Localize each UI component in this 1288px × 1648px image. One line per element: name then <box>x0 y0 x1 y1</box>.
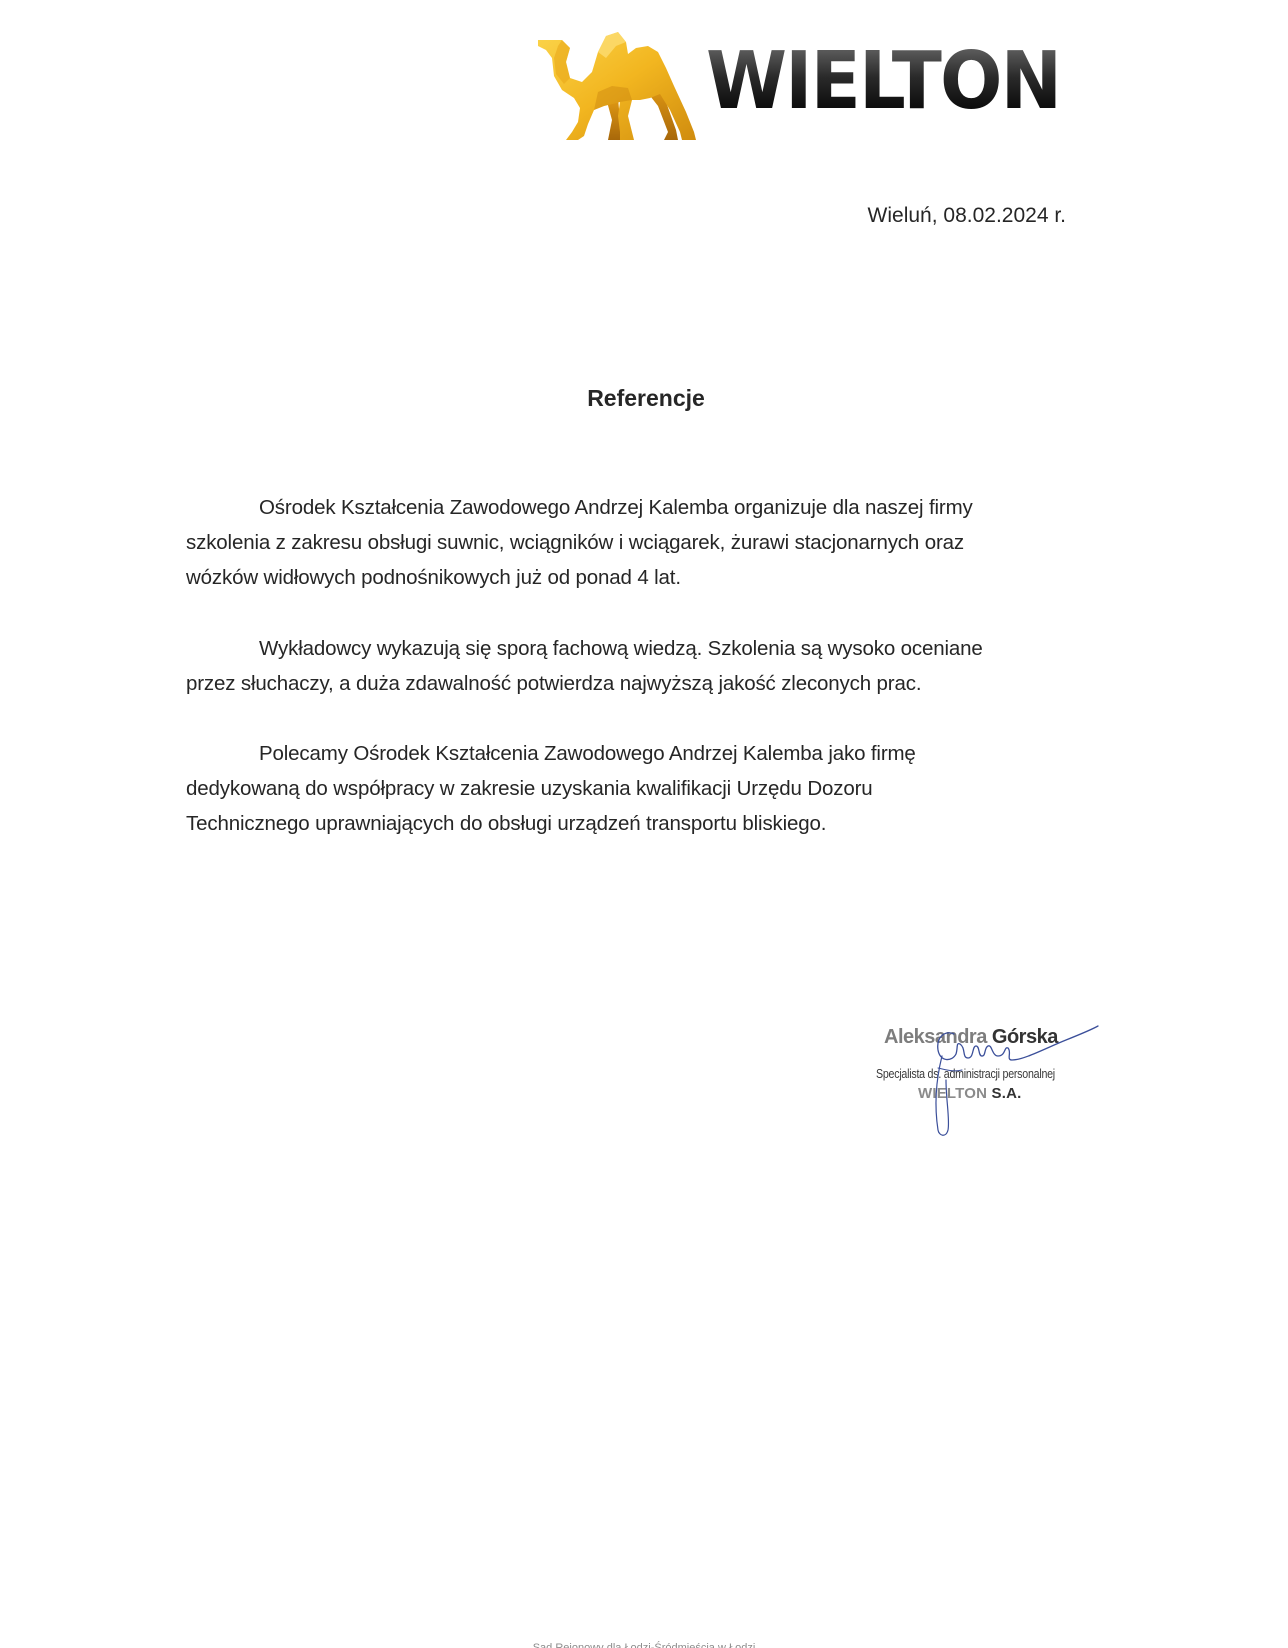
text-line: dedykowaną do współpracy w zakresie uzys… <box>186 771 1086 806</box>
text-line: Polecamy Ośrodek Kształcenia Zawodowego … <box>186 736 1086 771</box>
text-line: przez słuchaczy, a duża zdawalność potwi… <box>186 666 1086 701</box>
footer-text: Sąd Rejonowy dla Łodzi-Śródmieścia w Łod… <box>0 1641 1288 1648</box>
signatory-role: Specjalista ds. administracji personalne… <box>876 1066 1055 1081</box>
signature-stamp: Aleksandra Górska Specjalista ds. admini… <box>876 1020 1106 1145</box>
text-line: Technicznego uprawniających do obsługi u… <box>186 806 1086 841</box>
text-line: wózków widłowych podnośnikowych już od p… <box>186 560 1086 595</box>
place-date: Wieluń, 08.02.2024 r. <box>868 203 1066 229</box>
paragraph-1: Ośrodek Kształcenia Zawodowego Andrzej K… <box>186 490 1086 596</box>
letter-title: Referencje <box>0 383 1288 413</box>
paragraph-3: Polecamy Ośrodek Kształcenia Zawodowego … <box>186 736 1086 842</box>
paragraph-2: Wykładowcy wykazują się sporą fachową wi… <box>186 631 1086 701</box>
signatory-first-name: Aleksandra <box>884 1026 987 1048</box>
wielton-logo: WIELTON <box>536 28 1081 143</box>
letter-page: WIELTON Wieluń, 08.02.2024 r. Referencje… <box>0 0 1288 1648</box>
text-line: szkolenia z zakresu obsługi suwnic, wcią… <box>186 525 1086 560</box>
camel-icon <box>536 28 698 143</box>
signatory-last-name: Górska <box>992 1026 1058 1048</box>
text-line: Wykładowcy wykazują się sporą fachową wi… <box>186 631 1086 666</box>
text-line: Ośrodek Kształcenia Zawodowego Andrzej K… <box>186 490 1086 525</box>
company-brand: WIELTON <box>918 1085 987 1102</box>
wielton-wordmark: WIELTON <box>706 41 1060 121</box>
letter-body: Ośrodek Kształcenia Zawodowego Andrzej K… <box>186 490 1086 877</box>
company-suffix: S.A. <box>992 1085 1022 1102</box>
signatory-company: WIELTON S.A. <box>918 1085 1022 1102</box>
signatory-name: Aleksandra Górska <box>884 1026 1058 1048</box>
page-footer: Sąd Rejonowy dla Łodzi-Śródmieścia w Łod… <box>0 1641 1288 1648</box>
